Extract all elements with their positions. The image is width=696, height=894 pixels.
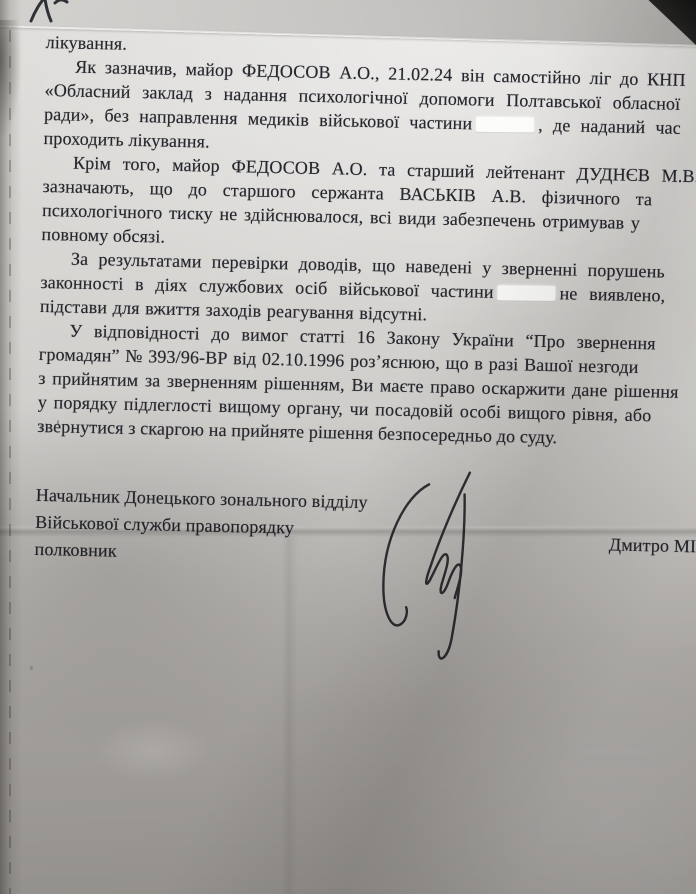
line-text: проходить лікування. [43,128,210,152]
signature-icon [366,459,490,677]
line-text: лікування. [46,32,128,54]
paper-speck [57,420,59,425]
paper-speck [30,666,33,670]
line-text: полковник [34,539,116,561]
redaction-box [498,285,556,301]
line-text: повному обсязі. [41,224,165,247]
letter-body: лікування. Як зазначив, майор ФЕДОСОВ А.… [34,30,696,578]
line-text: не виявлено, [559,283,665,305]
document-photo: лікування. Як зазначив, майор ФЕДОСОВ А.… [0,0,696,894]
page-edge-shadow [0,20,36,150]
line-text: , де наданий час [538,115,681,138]
line-text: Начальник Донецького зонального відділу [36,485,368,512]
line-text: Військової служби правопорядку [35,512,294,538]
signature-block: Начальник Донецького зонального відділу … [34,482,696,578]
redaction-box [476,117,534,133]
handwritten-mark-icon [26,0,72,24]
signatory-name: Дмитро МІСЮ [609,532,696,559]
